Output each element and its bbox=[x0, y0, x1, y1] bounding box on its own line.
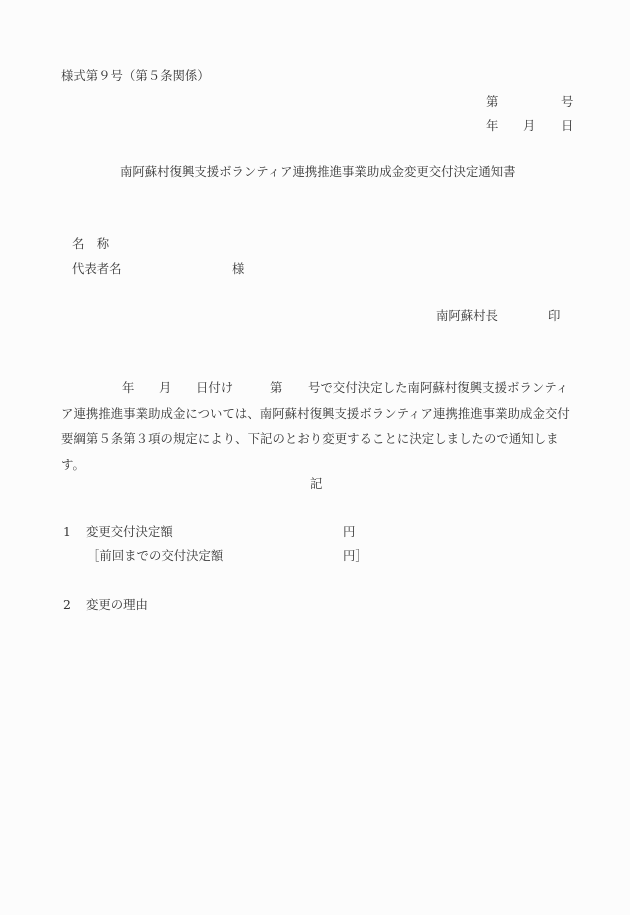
item-1-previous-label: ［前回までの交付決定額 bbox=[87, 550, 223, 562]
item-1-number: 1 bbox=[63, 526, 71, 538]
ref-year: 年 bbox=[486, 120, 498, 132]
ref-month: 月 bbox=[523, 120, 535, 132]
item-1-unit: 円 bbox=[343, 526, 355, 538]
item-2-label: 変更の理由 bbox=[86, 599, 148, 611]
item-2-number: 2 bbox=[63, 599, 71, 611]
recipient-representative-label: 代表者名 bbox=[72, 263, 122, 275]
issuer-title: 南阿蘇村長 bbox=[436, 310, 498, 322]
item-1-label: 変更交付決定額 bbox=[86, 526, 173, 538]
ki-heading: 記 bbox=[310, 478, 322, 490]
ref-day: 日 bbox=[561, 120, 573, 132]
recipient-honorific: 様 bbox=[232, 263, 244, 275]
recipient-name-label: 名 称 bbox=[72, 238, 109, 250]
form-number: 様式第９号（第５条関係） bbox=[61, 70, 210, 82]
ref-number-suffix: 号 bbox=[561, 96, 573, 108]
body-paragraph: 号で交付決定した南阿蘇村復興支援ボランティア連携推進事業助成金については、南阿蘇… bbox=[61, 375, 576, 477]
issuer-seal: 印 bbox=[548, 310, 560, 322]
document-title: 南阿蘇村復興支援ボランティア連携推進事業助成金変更交付決定通知書 bbox=[120, 166, 516, 178]
ref-number-prefix: 第 bbox=[486, 96, 498, 108]
item-1-previous-unit: 円］ bbox=[343, 550, 368, 562]
